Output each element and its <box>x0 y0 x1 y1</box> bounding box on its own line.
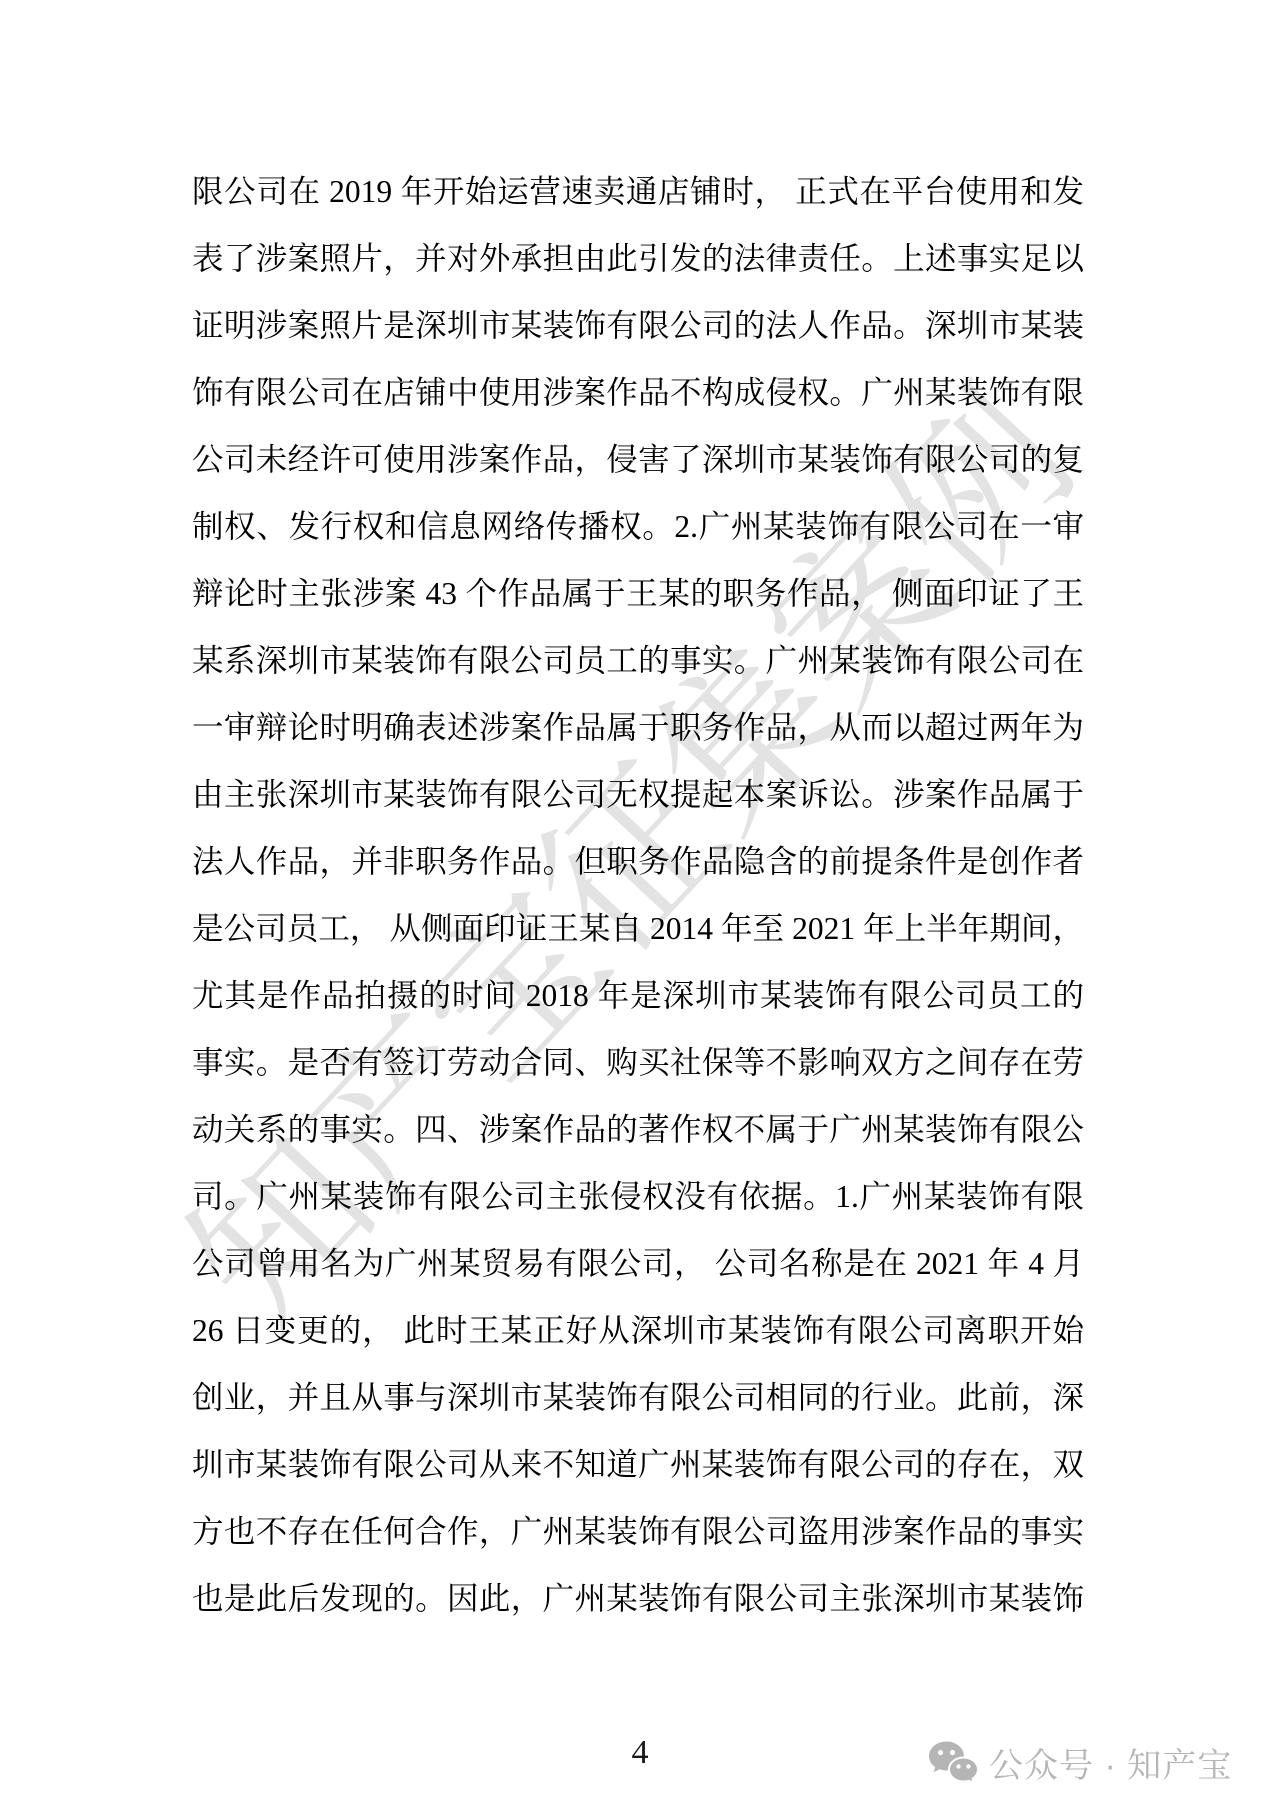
document-line: 公司曾用名为广州某贸易有限公司， 公司名称是在 2021 年 4 月 <box>192 1230 1084 1297</box>
document-line: 尤其是作品拍摄的时间 2018 年是深圳市某装饰有限公司员工的 <box>192 962 1084 1029</box>
document-line: 某系深圳市某装饰有限公司员工的事实。广州某装饰有限公司在 <box>192 627 1084 694</box>
document-line: 表了涉案照片，并对外承担由此引发的法律责任。上述事实足以 <box>192 225 1084 292</box>
document-line: 限公司在 2019 年开始运营速卖通店铺时， 正式在平台使用和发 <box>192 158 1084 225</box>
footer-brand: 公众号 · 知产宝 <box>928 1738 1232 1787</box>
document-page: 知产宝征集案例 限公司在 2019 年开始运营速卖通店铺时， 正式在平台使用和发… <box>0 0 1280 1810</box>
document-line: 公司未经许可使用涉案作品，侵害了深圳市某装饰有限公司的复 <box>192 426 1084 493</box>
document-line: 一审辩论时明确表述涉案作品属于职务作品，从而以超过两年为 <box>192 694 1084 761</box>
document-line: 动关系的事实。四、涉案作品的著作权不属于广州某装饰有限公 <box>192 1096 1084 1163</box>
document-line: 是公司员工， 从侧面印证王某自 2014 年至 2021 年上半年期间， <box>192 895 1084 962</box>
document-line: 创业，并且从事与深圳市某装饰有限公司相同的行业。此前，深 <box>192 1364 1084 1431</box>
document-line: 也是此后发现的。因此，广州某装饰有限公司主张深圳市某装饰 <box>192 1565 1084 1632</box>
document-line: 司。广州某装饰有限公司主张侵权没有依据。1.广州某装饰有限 <box>192 1163 1084 1230</box>
wechat-icon <box>928 1740 978 1786</box>
document-line: 事实。是否有签订劳动合同、购买社保等不影响双方之间存在劳 <box>192 1029 1084 1096</box>
document-line: 26 日变更的， 此时王某正好从深圳市某装饰有限公司离职开始 <box>192 1297 1084 1364</box>
document-line: 辩论时主张涉案 43 个作品属于王某的职务作品， 侧面印证了王 <box>192 560 1084 627</box>
footer-brand-text: 公众号 · 知产宝 <box>989 1738 1232 1787</box>
document-line: 方也不存在任何合作，广州某装饰有限公司盗用涉案作品的事实 <box>192 1498 1084 1565</box>
document-line: 法人作品，并非职务作品。但职务作品隐含的前提条件是创作者 <box>192 828 1084 895</box>
document-line: 证明涉案照片是深圳市某装饰有限公司的法人作品。深圳市某装 <box>192 292 1084 359</box>
document-line: 饰有限公司在店铺中使用涉案作品不构成侵权。广州某装饰有限 <box>192 359 1084 426</box>
document-line: 由主张深圳市某装饰有限公司无权提起本案诉讼。涉案作品属于 <box>192 761 1084 828</box>
body-text: 限公司在 2019 年开始运营速卖通店铺时， 正式在平台使用和发表了涉案照片，并… <box>192 158 1084 1632</box>
document-line: 制权、发行权和信息网络传播权。2.广州某装饰有限公司在一审 <box>192 493 1084 560</box>
document-line: 圳市某装饰有限公司从来不知道广州某装饰有限公司的存在，双 <box>192 1431 1084 1498</box>
